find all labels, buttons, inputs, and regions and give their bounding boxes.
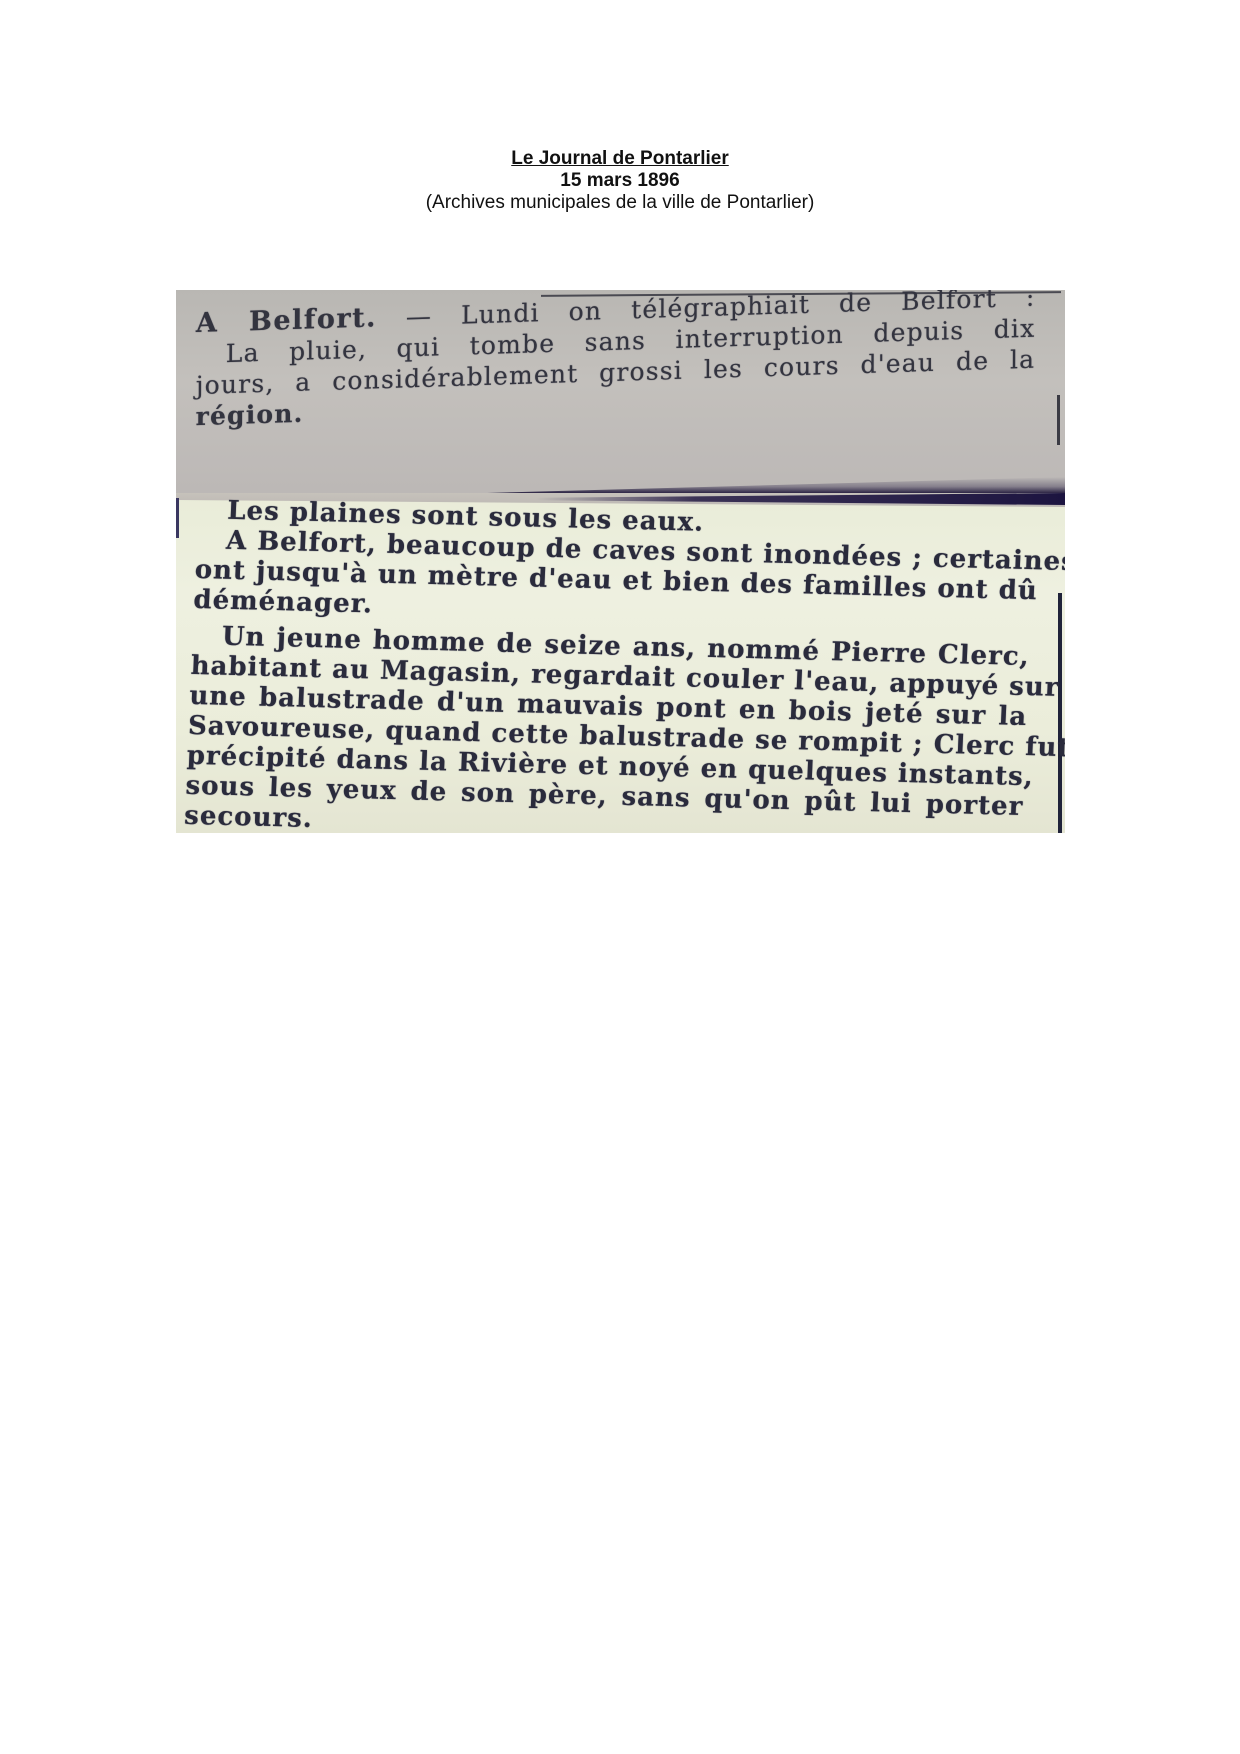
column-divider-rule	[1058, 593, 1062, 833]
clipping-1-text: A Belfort. — Lundi on télégraphiait de B…	[196, 290, 1036, 432]
paper-edge-mark	[176, 498, 179, 538]
archive-source: (Archives municipales de la ville de Pon…	[0, 192, 1240, 214]
publication-date: 15 mars 1896	[0, 170, 1240, 192]
newspaper-clipping-photo-2: Les plaines sont sous les eaux. A Belfor…	[176, 493, 1065, 833]
newspaper-clipping-photo-1: A Belfort. — Lundi on télégraphiait de B…	[176, 290, 1065, 493]
clipping-2-text: Les plaines sont sous les eaux. A Belfor…	[184, 495, 1036, 833]
paper-fold-shadow	[176, 477, 1065, 493]
newspaper-title: Le Journal de Pontarlier	[0, 148, 1240, 170]
column-divider-rule	[1057, 395, 1060, 445]
document-header: Le Journal de Pontarlier 15 mars 1896 (A…	[0, 148, 1240, 214]
